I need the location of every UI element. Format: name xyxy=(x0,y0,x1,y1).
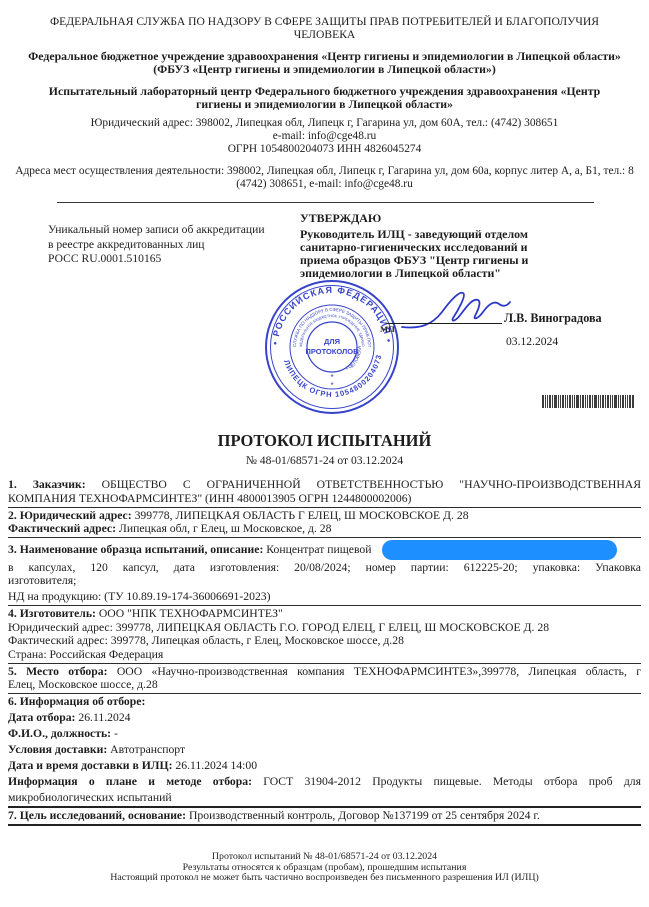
field-row: Дата и время доставки в ИЛЦ: 26.11.2024 … xyxy=(8,760,641,772)
field-value: 26.11.2024 xyxy=(78,711,130,724)
accreditation-line: в реестре аккредитованных лиц xyxy=(48,238,265,253)
signature-line xyxy=(386,323,502,324)
field-label: Дата отбора: xyxy=(8,711,75,724)
field-label: Условия доставки: xyxy=(8,743,107,756)
field-row: 2. Юридический адрес: 399778, ЛИПЕЦКАЯ О… xyxy=(8,510,641,522)
accreditation-number: РОСС RU.0001.510165 xyxy=(48,252,265,267)
section-manufacturer: 4. Изготовитель: ООО "НПК ТЕХНОФАРМСИНТЕ… xyxy=(8,608,641,661)
field-value: 399778, ЛИПЕЦКАЯ ОБЛАСТЬ Г ЕЛЕЦ, Ш МОСКО… xyxy=(135,509,469,522)
field-row: 7. Цель исследований, основание: Произво… xyxy=(8,810,641,822)
section-sample-description: 3. Наименование образца испытаний, описа… xyxy=(8,540,641,603)
field-value: - xyxy=(114,727,118,740)
section-divider xyxy=(8,663,641,664)
field-value: микробиологических испытаний xyxy=(8,791,172,804)
field-row: Информация о плане и методе отбора: ГОСТ… xyxy=(8,776,641,788)
field-row: Страна: Российская Федерация xyxy=(8,649,641,661)
mp-seal-mark: МП xyxy=(380,324,395,334)
field-row: Ф.И.О., должность: - xyxy=(8,728,641,740)
field-row: Дата отбора: 26.11.2024 xyxy=(8,712,641,724)
stamp-center-line1: ДЛЯ xyxy=(324,337,340,346)
section-customer: 1. Заказчик: ОБЩЕСТВО С ОГРАНИЧЕННОЙ ОТВ… xyxy=(8,479,641,505)
field-value: изготовителя; xyxy=(8,574,76,587)
agency-name: ФЕДЕРАЛЬНАЯ СЛУЖБА ПО НАДЗОРУ В СФЕРЕ ЗА… xyxy=(45,15,605,41)
organization-name: Федеральное бюджетное учреждение здравоо… xyxy=(19,50,631,76)
field-value: ООО «Научно-производственная компания ТЕ… xyxy=(117,665,641,678)
protocol-number: № 48-01/68571-24 от 03.12.2024 xyxy=(0,454,649,467)
field-label: 1. Заказчик: xyxy=(8,478,86,491)
field-row: Елец, Московское шоссе, д.28 xyxy=(8,679,641,691)
handwritten-signature xyxy=(398,287,513,339)
field-row: Условия доставки: Автотранспорт xyxy=(8,744,641,756)
field-label: 5. Место отбора: xyxy=(8,665,107,678)
field-row: 3. Наименование образца испытаний, описа… xyxy=(8,540,641,560)
section-divider xyxy=(8,806,641,808)
footer-protocol-ref: Протокол испытаний № 48-01/68571-24 от 0… xyxy=(0,852,649,863)
field-label: 6. Информация об отборе: xyxy=(8,695,145,708)
field-row: Фактический адрес: Липецкая обл, г Елец,… xyxy=(8,523,641,535)
field-label: 4. Изготовитель: xyxy=(8,607,96,620)
field-value: Елец, Московское шоссе, д.28 xyxy=(8,678,158,691)
field-row: изготовителя; xyxy=(8,575,641,587)
stamp-center-line2: ПРОТОКОЛОВ xyxy=(305,347,359,356)
official-round-stamp: • РОССИЙСКАЯ ФЕДЕРАЦИЯ • ЛИПЕЦКАЯ ОБЛАСТ… xyxy=(262,277,402,417)
field-row: в капсулах, 120 капсул, дата изготовлени… xyxy=(8,562,641,574)
accreditation-block: Уникальный номер записи об аккредитации … xyxy=(48,223,265,267)
protocol-document-page: ФЕДЕРАЛЬНАЯ СЛУЖБА ПО НАДЗОРУ В СФЕРЕ ЗА… xyxy=(0,0,649,907)
field-row: 5. Место отбора: ООО «Научно-производств… xyxy=(8,666,641,678)
field-value: ООО "НПК ТЕХНОФАРМСИНТЕЗ" xyxy=(99,607,283,620)
field-row: КОМПАНИЯ ТЕХНОФАРМСИНТЕЗ" (ИНН 480001390… xyxy=(8,493,641,505)
redaction-box xyxy=(382,540,617,560)
field-value: Концентрат пищевой xyxy=(266,544,371,556)
field-row: Фактический адрес: 399778, Липецкая обла… xyxy=(8,635,641,647)
field-label: 3. Наименование образца испытаний, описа… xyxy=(8,544,263,556)
section-divider xyxy=(8,537,641,538)
field-value: Автотранспорт xyxy=(110,743,185,756)
field-label: 2. Юридический адрес: xyxy=(8,509,132,522)
approver-position: санитарно-гигиенических исследований и xyxy=(300,241,600,254)
protocol-sections: 1. Заказчик: ОБЩЕСТВО С ОГРАНИЧЕННОЙ ОТВ… xyxy=(8,479,641,826)
field-value: Фактический адрес: 399778, Липецкая обла… xyxy=(8,634,404,647)
section-divider xyxy=(8,605,641,606)
field-value: Юридический адрес: 399778, ЛИПЕЦКАЯ ОБЛА… xyxy=(8,621,549,634)
approver-position: Руководитель ИЛЦ - заведующий отделом xyxy=(300,228,600,241)
field-value: Страна: Российская Федерация xyxy=(8,648,163,661)
section-purpose: 7. Цель исследований, основание: Произво… xyxy=(8,810,641,822)
footer-note-reproduction: Настоящий протокол не может быть частичн… xyxy=(0,873,649,884)
field-row: микробиологических испытаний xyxy=(8,792,641,804)
approval-zone: Уникальный номер записи об аккредитации … xyxy=(0,203,649,429)
barcode xyxy=(542,395,634,408)
field-row: НД на продукцию: (ТУ 10.89.19-174-360066… xyxy=(8,591,641,603)
section-customer-address: 2. Юридический адрес: 399778, ЛИПЕЦКАЯ О… xyxy=(8,510,641,536)
testing-lab-center-name: Испытательный лабораторный центр Федерал… xyxy=(33,85,617,111)
field-row: 1. Заказчик: ОБЩЕСТВО С ОГРАНИЧЕННОЙ ОТВ… xyxy=(8,479,641,491)
field-label: Информация о плане и методе отбора: xyxy=(8,775,252,788)
section-divider xyxy=(8,507,641,508)
field-value: 26.11.2024 14:00 xyxy=(175,759,257,772)
signer-name: Л.В. Виноградова xyxy=(504,311,602,326)
field-value: Липецкая обл, г Елец, ш Московское, д. 2… xyxy=(119,522,332,535)
approver-position: приема образцов ФБУЗ "Центр гигиены и xyxy=(300,254,600,267)
section-divider xyxy=(8,693,641,694)
legal-address: Юридический адрес: 398002, Липецкая обл,… xyxy=(0,117,649,130)
field-row: Юридический адрес: 399778, ЛИПЕЦКАЯ ОБЛА… xyxy=(8,622,641,634)
field-value: в капсулах, 120 капсул, дата изготовлени… xyxy=(8,561,641,574)
approval-title: УТВЕРЖДАЮ xyxy=(300,212,600,225)
section-sampling-info: 6. Информация об отборе: Дата отбора: 26… xyxy=(8,696,641,804)
letterhead: ФЕДЕРАЛЬНАЯ СЛУЖБА ПО НАДЗОРУ В СФЕРЕ ЗА… xyxy=(0,0,649,191)
ogrn-inn-line: ОГРН 1054800204073 ИНН 4826045274 xyxy=(0,143,649,156)
page-footer: Протокол испытаний № 48-01/68571-24 от 0… xyxy=(0,852,649,884)
field-label: Дата и время доставки в ИЛЦ: xyxy=(8,759,172,772)
field-label: Ф.И.О., должность: xyxy=(8,727,111,740)
email-line: e-mail: info@cge48.ru xyxy=(0,130,649,143)
field-label: Фактический адрес: xyxy=(8,522,116,535)
field-value: ГОСТ 31904-2012 Продукты пищевые. Методы… xyxy=(263,775,641,788)
field-value: Производственный контроль, Договор №1371… xyxy=(189,809,540,822)
field-value: ОБЩЕСТВО С ОГРАНИЧЕННОЙ ОТВЕТСТВЕННОСТЬЮ… xyxy=(102,478,641,491)
field-value: КОМПАНИЯ ТЕХНОФАРМСИНТЕЗ" (ИНН 480001390… xyxy=(8,492,411,505)
section-sampling-place: 5. Место отбора: ООО «Научно-производств… xyxy=(8,666,641,692)
field-row: 4. Изготовитель: ООО "НПК ТЕХНОФАРМСИНТЕ… xyxy=(8,608,641,620)
field-label: 7. Цель исследований, основание: xyxy=(8,809,186,822)
field-row: 6. Информация об отборе: xyxy=(8,696,641,708)
protocol-title: ПРОТОКОЛ ИСПЫТАНИЙ xyxy=(0,431,649,451)
approval-block: УТВЕРЖДАЮ Руководитель ИЛЦ - заведующий … xyxy=(300,212,600,280)
approval-date: 03.12.2024 xyxy=(506,335,558,348)
field-value: НД на продукцию: (ТУ 10.89.19-174-360066… xyxy=(8,590,271,603)
accreditation-line: Уникальный номер записи об аккредитации xyxy=(48,223,265,238)
activity-addresses: Адреса мест осуществления деятельности: … xyxy=(13,165,637,191)
stamp-star-separator: * xyxy=(330,381,333,390)
section-divider xyxy=(8,824,641,826)
